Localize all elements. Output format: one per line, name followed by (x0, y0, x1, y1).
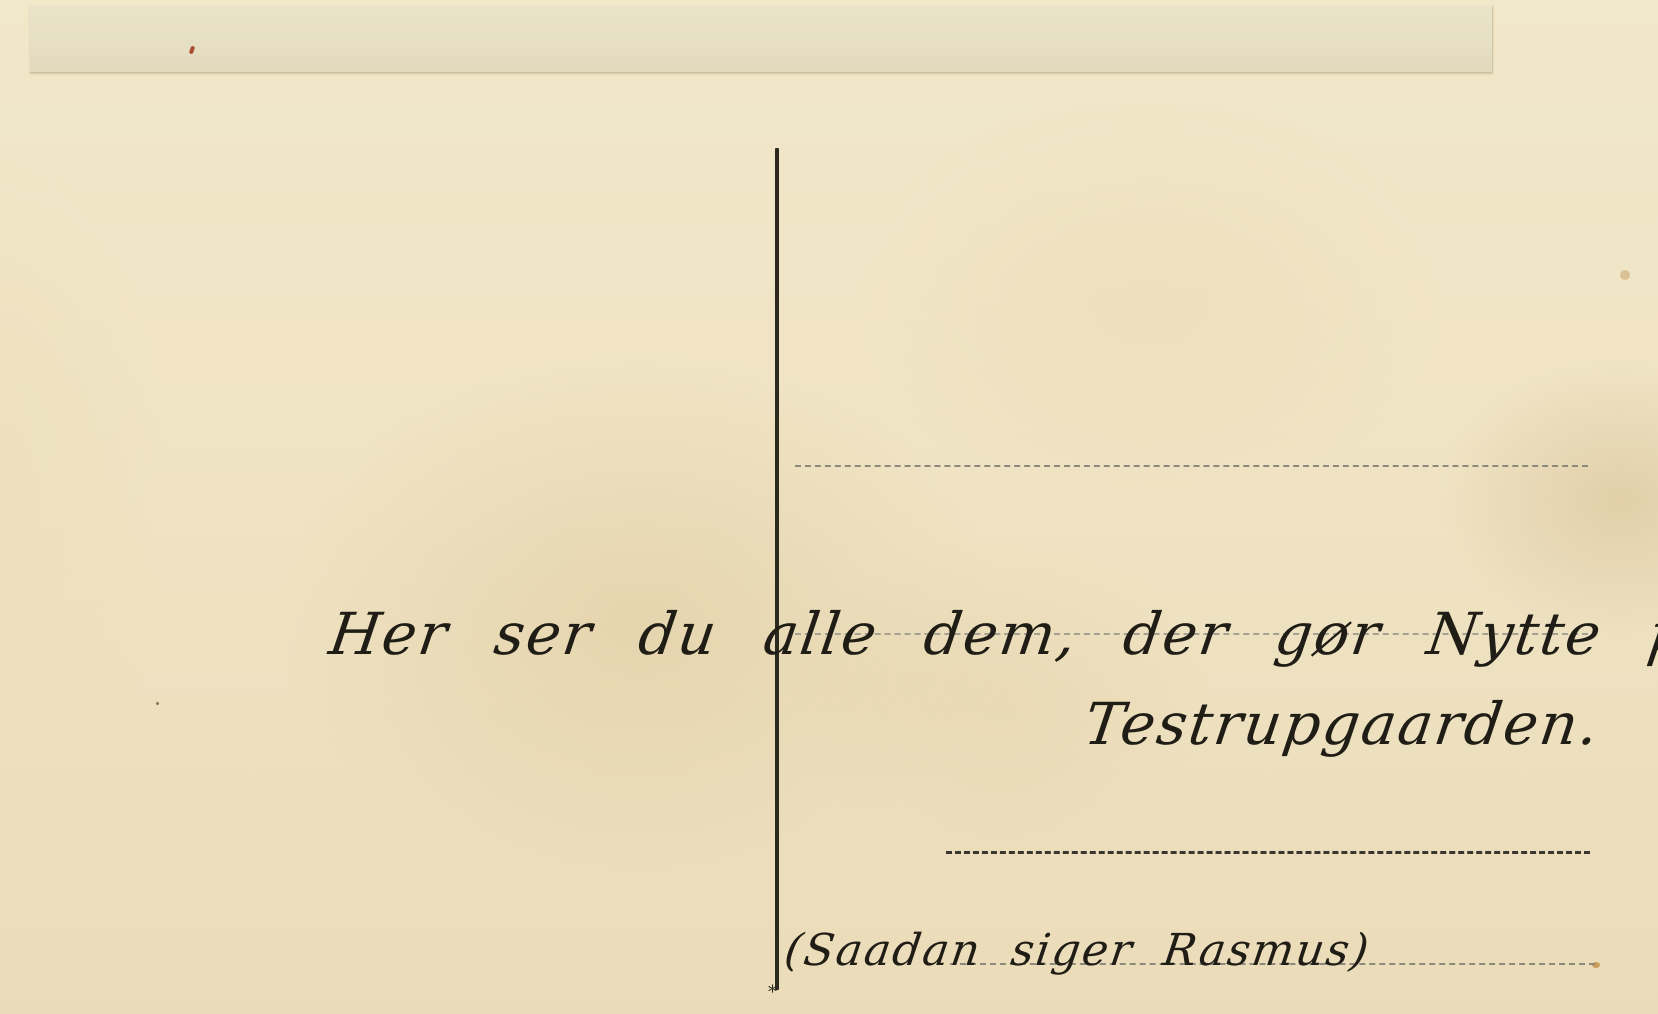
address-line-3 (946, 851, 1590, 854)
divider-asterisk: * (768, 984, 777, 1002)
foxing-spot (156, 702, 159, 705)
postcard-back: * Her ser du alle dem, der gør Nytte paa… (0, 0, 1658, 1014)
handwritten-message-line-2: Testrupgaarden. (1080, 690, 1605, 758)
handwritten-signature-line: (Saadan siger Rasmus) (781, 925, 1373, 976)
ink-speck (189, 46, 195, 55)
foxing-spot (1620, 270, 1630, 280)
handwritten-message-line-1: Her ser du alle dem, der gør Nytte paa (325, 600, 1658, 668)
tape-strip (30, 6, 1493, 73)
address-line-1 (795, 465, 1588, 467)
center-divider-line (775, 148, 779, 990)
